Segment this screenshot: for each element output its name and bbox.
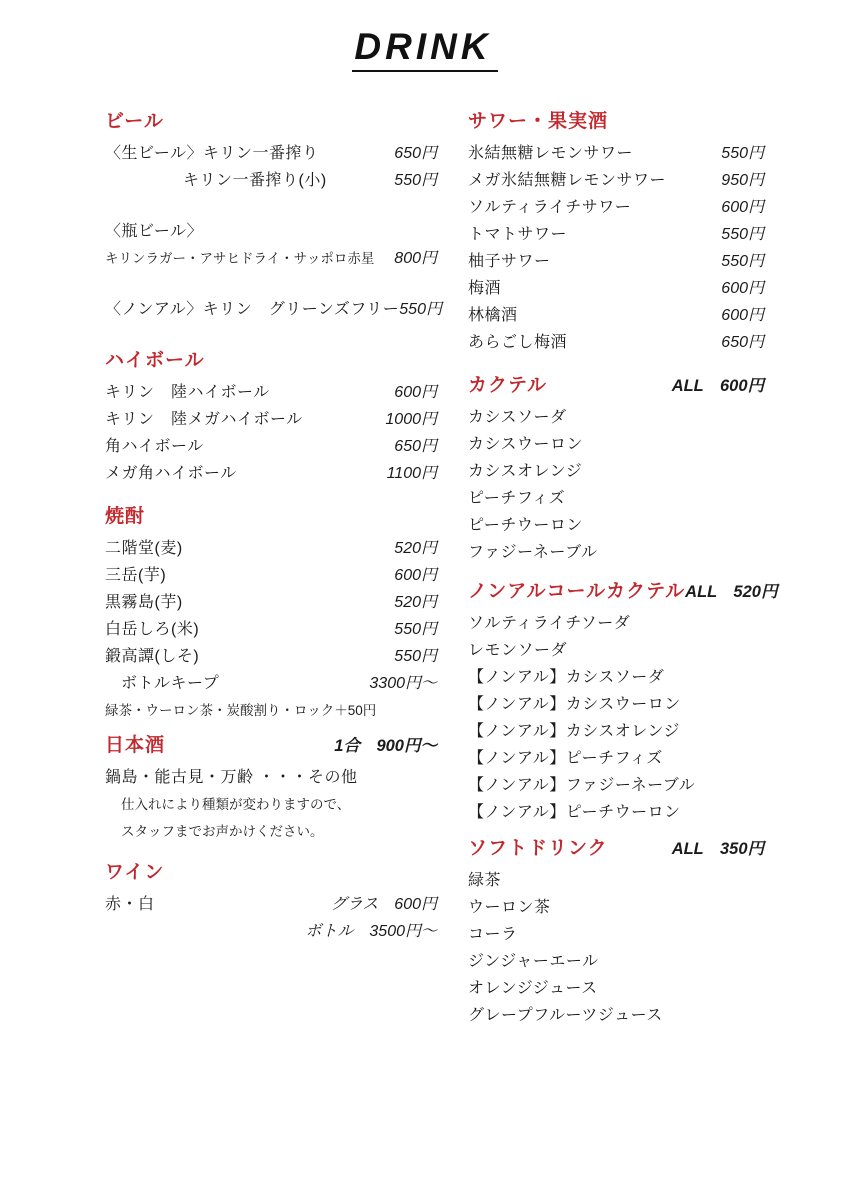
menu-item: ウーロン茶 — [468, 894, 764, 921]
section-cocktail: カクテルALL 600円カシスソーダカシスウーロンカシスオレンジピーチフィズピー… — [468, 372, 764, 566]
section-softdrink: ソフトドリンクALL 350円緑茶ウーロン茶コーラジンジャーエールオレンジジュー… — [468, 835, 764, 1029]
item-name: 【ノンアル】ピーチフィズ — [468, 745, 663, 772]
item-name: ジンジャーエール — [468, 948, 599, 975]
item-name: 柚子サワー — [468, 248, 551, 275]
menu-item: 【ノンアル】ピーチウーロン — [468, 799, 764, 826]
section-title: ビール — [105, 108, 164, 136]
item-name: 【ノンアル】ファジーネーブル — [468, 772, 695, 799]
menu-item: 柚子サワー550円 — [468, 248, 764, 275]
section-header: 日本酒1合 900円～ — [105, 732, 437, 760]
menu-item: ボトルキープ3300円～ — [105, 670, 437, 697]
item-price: 550円 — [394, 616, 437, 643]
item-price: ボトル 3500円～ — [305, 918, 437, 945]
item-price: 1000円 — [385, 406, 437, 433]
item-price: 1100円 — [387, 460, 437, 487]
menu-item: トマトサワー550円 — [468, 221, 764, 248]
section-title: 焼酎 — [105, 503, 145, 531]
menu-item: ピーチフィズ — [468, 485, 764, 512]
menu-item: カシスソーダ — [468, 404, 764, 431]
item-price: 600円 — [721, 275, 764, 302]
item-name: 【ノンアル】カシスソーダ — [468, 664, 664, 691]
item-name: カシスオレンジ — [468, 458, 582, 485]
section-header: サワー・果実酒 — [468, 108, 764, 136]
item-price: 550円 — [394, 167, 437, 194]
item-name: ピーチウーロン — [468, 512, 583, 539]
menu-item: 黒霧島(芋)520円 — [105, 589, 437, 616]
menu-item: カシスオレンジ — [468, 458, 764, 485]
menu-item: 鍛高譚(しそ)550円 — [105, 643, 437, 670]
item-price: 600円 — [721, 302, 764, 329]
menu-item: 林檎酒600円 — [468, 302, 764, 329]
right-column: サワー・果実酒氷結無糖レモンサワー550円メガ氷結無糖レモンサワー950円ソルテ… — [468, 108, 764, 1029]
menu-item: あらごし梅酒650円 — [468, 329, 764, 356]
section-header: 焼酎 — [105, 503, 437, 531]
section-title: サワー・果実酒 — [468, 108, 608, 136]
item-name: 〈瓶ビール〉 — [105, 218, 203, 245]
menu-item: 【ノンアル】カシスソーダ — [468, 664, 764, 691]
item-name: メガ氷結無糖レモンサワー — [468, 167, 666, 194]
item-price: 650円 — [394, 140, 437, 167]
item-name: ウーロン茶 — [468, 894, 551, 921]
section-title: ソフトドリンク — [468, 835, 608, 863]
item-price: グラス 600円 — [331, 891, 437, 918]
menu-item: レモンソーダ — [468, 637, 764, 664]
item-name: トマトサワー — [468, 221, 567, 248]
menu-item: 鍋島・能古見・万齢 ・・・その他 — [105, 764, 437, 791]
item-price: 550円 — [721, 140, 764, 167]
item-name: 〈生ビール〉キリン一番搾り — [105, 140, 319, 167]
section-title: ワイン — [105, 859, 164, 887]
section-title: カクテル — [468, 372, 547, 400]
menu-item: カシスウーロン — [468, 431, 764, 458]
item-name: 梅酒 — [468, 275, 501, 302]
item-name: 〈ノンアル〉キリン グリーンズフリー — [105, 296, 399, 323]
item-name: キリン 陸ハイボール — [105, 379, 270, 406]
item-price: 950円 — [721, 167, 764, 194]
item-name: 【ノンアル】カシスウーロン — [468, 691, 681, 718]
menu-item: 〈生ビール〉キリン一番搾り650円 — [105, 140, 437, 167]
item-name: 二階堂(麦) — [105, 535, 183, 562]
section-price: ALL 600円 — [672, 372, 764, 400]
item-name: 【ノンアル】カシスオレンジ — [468, 718, 680, 745]
item-price: 3300円～ — [369, 670, 437, 697]
section-title: ハイボール — [105, 347, 205, 375]
item-name: レモンソーダ — [468, 637, 567, 664]
menu-item: 氷結無糖レモンサワー550円 — [468, 140, 764, 167]
menu-item: 角ハイボール650円 — [105, 433, 437, 460]
item-name: キリン一番搾り(小) — [105, 167, 327, 194]
menu-item: キリン 陸メガハイボール1000円 — [105, 406, 437, 433]
menu-item: キリン一番搾り(小)550円 — [105, 167, 437, 194]
item-name: ピーチフィズ — [468, 485, 565, 512]
menu-item: スタッフまでお声かけください。 — [105, 818, 437, 845]
item-name: キリンラガー・アサヒドライ・サッポロ赤星 — [105, 245, 374, 272]
item-price: 520円 — [394, 589, 437, 616]
item-price: 600円 — [721, 194, 764, 221]
item-price: 550円 — [394, 643, 437, 670]
section-header: カクテルALL 600円 — [468, 372, 764, 400]
menu-item: メガ角ハイボール1100円 — [105, 460, 437, 487]
menu-item: 赤・白グラス 600円 — [105, 891, 437, 918]
section-header: ハイボール — [105, 347, 437, 375]
menu-item: ピーチウーロン — [468, 512, 764, 539]
menu-item: 【ノンアル】カシスオレンジ — [468, 718, 764, 745]
section-sake: 日本酒1合 900円～鍋島・能古見・万齢 ・・・その他仕入れにより種類が変わりま… — [105, 732, 437, 845]
item-price: 800円 — [394, 245, 437, 272]
section-title: 日本酒 — [105, 732, 165, 760]
section-header: ビール — [105, 108, 437, 136]
menu-item: 【ノンアル】カシスウーロン — [468, 691, 764, 718]
section-header: ノンアルコールカクテルALL 520円 — [468, 578, 764, 606]
section-wine: ワイン赤・白グラス 600円ボトル 3500円～ — [105, 859, 437, 945]
item-name: 仕入れにより種類が変わりますので、 — [105, 791, 350, 818]
menu-item: 〈瓶ビール〉 — [105, 218, 437, 245]
section-beer: ビール〈生ビール〉キリン一番搾り650円キリン一番搾り(小)550円〈瓶ビール〉… — [105, 108, 437, 323]
section-header: ワイン — [105, 859, 437, 887]
item-price: 550円 — [399, 296, 442, 323]
menu-item: 仕入れにより種類が変わりますので、 — [105, 791, 437, 818]
item-price: 550円 — [721, 248, 764, 275]
menu-item: ファジーネーブル — [468, 539, 764, 566]
section-sour: サワー・果実酒氷結無糖レモンサワー550円メガ氷結無糖レモンサワー950円ソルテ… — [468, 108, 764, 356]
menu-item: 緑茶・ウーロン茶・炭酸割り・ロック＋50円 — [105, 697, 437, 724]
menu-item: 〈ノンアル〉キリン グリーンズフリー550円 — [105, 296, 437, 323]
page-title: DRINK — [0, 26, 850, 68]
item-price: 650円 — [394, 433, 437, 460]
section-price: 1合 900円～ — [334, 732, 437, 760]
menu-item: メガ氷結無糖レモンサワー950円 — [468, 167, 764, 194]
menu-item: 緑茶 — [468, 867, 764, 894]
item-name: ソルティライチソーダ — [468, 610, 630, 637]
item-price: 650円 — [721, 329, 764, 356]
item-name: ファジーネーブル — [468, 539, 597, 566]
item-price: 520円 — [394, 535, 437, 562]
item-name: 赤・白 — [105, 891, 155, 918]
item-name: グレープフルーツジュース — [468, 1002, 663, 1029]
item-name: ソルティライチサワー — [468, 194, 631, 221]
item-name: 角ハイボール — [105, 433, 204, 460]
item-price: 550円 — [721, 221, 764, 248]
item-name: 【ノンアル】ピーチウーロン — [468, 799, 681, 826]
section-header: ソフトドリンクALL 350円 — [468, 835, 764, 863]
menu-item: オレンジジュース — [468, 975, 764, 1002]
item-name: 鍋島・能古見・万齢 ・・・その他 — [105, 764, 357, 791]
item-name: キリン 陸メガハイボール — [105, 406, 303, 433]
item-name: 鍛高譚(しそ) — [105, 643, 199, 670]
item-name: 林檎酒 — [468, 302, 518, 329]
item-name: カシスソーダ — [468, 404, 567, 431]
item-name: 三岳(芋) — [105, 562, 166, 589]
menu-item: ボトル 3500円～ — [105, 918, 437, 945]
menu-item: 【ノンアル】ピーチフィズ — [468, 745, 764, 772]
item-price: 600円 — [394, 562, 437, 589]
menu-item: キリンラガー・アサヒドライ・サッポロ赤星800円 — [105, 245, 437, 272]
item-name: 白岳しろ(米) — [105, 616, 199, 643]
menu-item: 白岳しろ(米)550円 — [105, 616, 437, 643]
drink-menu-page: DRINK ビール〈生ビール〉キリン一番搾り650円キリン一番搾り(小)550円… — [0, 0, 850, 1200]
section-price: ALL 350円 — [672, 835, 764, 863]
menu-item: 二階堂(麦)520円 — [105, 535, 437, 562]
item-name: カシスウーロン — [468, 431, 583, 458]
menu-item: ソルティライチサワー600円 — [468, 194, 764, 221]
menu-item: ジンジャーエール — [468, 948, 764, 975]
menu-item: 【ノンアル】ファジーネーブル — [468, 772, 764, 799]
menu-item: コーラ — [468, 921, 764, 948]
item-price: 600円 — [394, 379, 437, 406]
section-price: ALL 520円 — [685, 578, 777, 606]
item-name: あらごし梅酒 — [468, 329, 567, 356]
section-nonalc-cocktail: ノンアルコールカクテルALL 520円ソルティライチソーダレモンソーダ【ノンアル… — [468, 578, 764, 826]
section-shochu: 焼酎二階堂(麦)520円三岳(芋)600円黒霧島(芋)520円白岳しろ(米)55… — [105, 503, 437, 724]
page-title-text: DRINK — [352, 26, 497, 72]
menu-item: ソルティライチソーダ — [468, 610, 764, 637]
item-name: コーラ — [468, 921, 518, 948]
item-name: スタッフまでお声かけください。 — [105, 818, 324, 845]
item-name: ボトルキープ — [105, 670, 219, 697]
item-name: メガ角ハイボール — [105, 460, 237, 487]
section-title: ノンアルコールカクテル — [468, 578, 685, 606]
item-name: 緑茶・ウーロン茶・炭酸割り・ロック＋50円 — [105, 697, 376, 724]
item-name: 緑茶 — [468, 867, 501, 894]
left-column: ビール〈生ビール〉キリン一番搾り650円キリン一番搾り(小)550円〈瓶ビール〉… — [105, 108, 437, 945]
section-highball: ハイボールキリン 陸ハイボール600円キリン 陸メガハイボール1000円角ハイボ… — [105, 347, 437, 487]
item-name: 黒霧島(芋) — [105, 589, 183, 616]
menu-item: 三岳(芋)600円 — [105, 562, 437, 589]
menu-item: グレープフルーツジュース — [468, 1002, 764, 1029]
menu-item: 梅酒600円 — [468, 275, 764, 302]
item-name: 氷結無糖レモンサワー — [468, 140, 633, 167]
item-name: オレンジジュース — [468, 975, 598, 1002]
menu-item: キリン 陸ハイボール600円 — [105, 379, 437, 406]
